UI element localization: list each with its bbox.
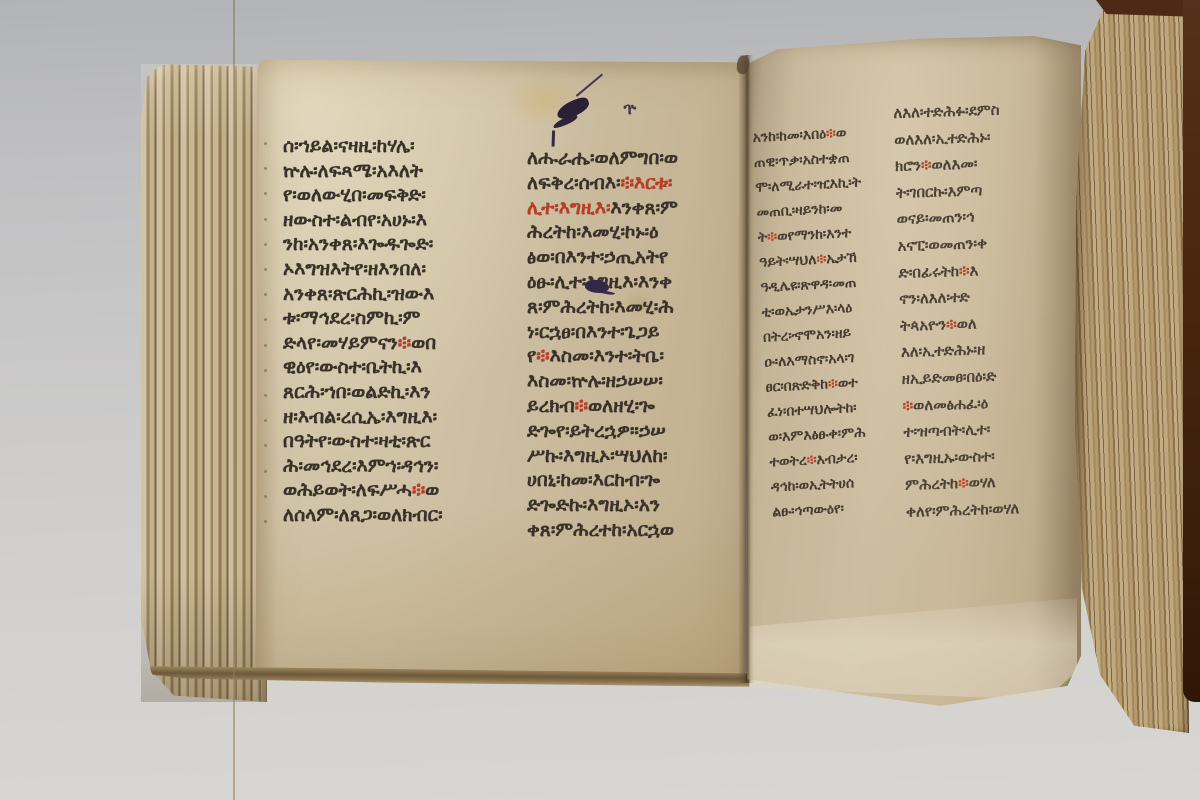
ink-text: ድጐድኩ፡እግዚኦ፡አን <box>527 494 660 516</box>
ink-text: ዳኅከ፡ወኢትትሀሰ <box>771 475 855 495</box>
rubric-red-text: ፨ <box>398 332 411 354</box>
ink-text: ፅወ፡በእንተ፡ኃጢአትየ <box>527 246 668 268</box>
text-line: አንቀጸ፡ጽርሕኪ፡ዝውእ <box>283 282 501 307</box>
prick-hole <box>264 142 267 145</box>
ink-text: ወለመፅሐፈ፡ዕ <box>913 394 989 414</box>
ink-text: የ፡ወለውሂበ፡መፍቅድ፡ <box>283 184 426 206</box>
ink-text: ድላየ፡መሃይምናን <box>283 332 398 354</box>
leather-cover-right <box>1183 0 1200 702</box>
ink-text: ሕረትከ፡እመሂ፡ኮኑ፡ዕ <box>527 221 659 243</box>
ink-text: ለሰላም፡ለጸጋ፡ወለክብር፡ <box>283 504 443 526</box>
ink-text: ለሑራሔ፡ወለምግበ፡ወ <box>527 147 678 169</box>
rubric-red-text: ሊተ፡እግዚእ፡ <box>527 197 611 219</box>
fore-edge-page-block <box>1075 7 1189 733</box>
rubric-red-text: ፨ <box>412 479 425 501</box>
ink-text: ቀጸ፡ምሕረተከ፡አርኋወ <box>527 519 674 541</box>
ink-text: ሰ፡ኀይል፡ናዛዚ፡ከሃሌ፡ <box>283 135 415 157</box>
ink-text: ጠዊ፡ጥቃ፡አስተቋጠ <box>754 150 850 171</box>
text-line: ሥኩ፡እግዚኦ፡ሣህለከ፡ <box>527 444 745 469</box>
ink-text: ለእለ፡ተድሕፉ፡ደምስ <box>893 101 1000 122</box>
text-line: ዘ፡እብል፡ረሲኤ፡እግዚእ፡ <box>283 405 501 430</box>
rubric-red-text: ፨ <box>536 345 549 367</box>
ink-text: ድጐየ፡ይትረኋዎ።ኃሠ <box>527 420 666 442</box>
text-line: በዓትየ፡ውስተ፡ዛቲ፡ጽር <box>283 429 501 454</box>
ink-text: ወለ <box>956 314 977 333</box>
prick-hole <box>264 218 267 221</box>
prick-hole <box>264 243 267 246</box>
prick-hole <box>264 520 267 523</box>
ink-text: ዘኢይድመፀ፡በዕ፡ድ <box>901 367 996 388</box>
ink-text: ወየማንከ፡እንተ <box>777 225 852 245</box>
ink-text: ሀበኒ፡ከመ፡እርከብ፡ጐ <box>527 469 660 491</box>
ink-text: ነ፡ርኋፀ፡በእንተ፡ጌጋይ <box>527 321 659 343</box>
rubric-red-text: ፨ <box>959 261 970 279</box>
ink-text: ትጳአዮን <box>900 315 947 334</box>
ink-text: ወበ <box>411 332 436 354</box>
text-line: ሰ፡ኀይል፡ናዛዚ፡ከሃሌ፡ <box>283 134 501 159</box>
ink-text: ወ፡እምእፅፁቀ፡ምሕ <box>768 424 866 445</box>
text-line: ጸርሕ፡ኀበ፡ወልድኪ፡እን <box>283 380 501 405</box>
ink-text: እ <box>969 261 978 279</box>
left-page-column-2: ለሑራሔ፡ወለምግበ፡ወለፍቅረ፡ሰብእ፡፨እርቱ፡ሊተ፡እግዚእ፡እንቀጸ፡ም… <box>527 146 745 543</box>
ink-text: ኵሉ፡ለፍጻሜ፡አእለት <box>283 160 423 182</box>
ink-text: ቲ፡ወኤታንሥእ፡ላዕ <box>761 300 852 321</box>
prick-hole <box>264 444 267 447</box>
ink-text: ተወትረ <box>769 453 807 471</box>
right-page-column-2: ለእለ፡ተድሕፉ፡ደምስወለእለ፡ኢተድሕኑ፡ክሮን፨ወለእመ፡ት፡ገበርኩ፡እ… <box>893 95 1060 525</box>
text-line: ድላየ፡መሃይምናን፨ወበ <box>283 331 501 356</box>
prick-hole <box>264 318 267 321</box>
text-line: ለሰላም፡ለጸጋ፡ወለክብር፡ <box>283 503 501 528</box>
ink-text: ምሕረትከ <box>905 474 959 494</box>
prick-hole <box>264 192 267 195</box>
ink-text: ዊዕየ፡ውስተ፡ቤትኪ፡እ <box>283 356 422 378</box>
ink-text: ሞ፡ለሚራተ፡ዢእኪ፡ት <box>755 174 862 196</box>
prick-hole <box>264 167 267 170</box>
ink-text: ኤታኸ <box>826 250 857 268</box>
ink-text: ወለእለ፡ኢተድሕኑ፡ <box>894 128 991 149</box>
text-line: ኦእግዝእትየ፡ዘእንበለ፡ <box>283 257 501 282</box>
ink-text: አናፒ፡ወመጠን፡ቀ <box>897 234 987 255</box>
ink-text: ሥኩ፡እግዚኦ፡ሣህለከ፡ <box>527 445 667 467</box>
manuscript-photo: ጕ ሰ፡ኀይል፡ናዛዚ፡ከሃሌ፡ኵሉ፡ለፍጻሜ፡አእለትየ፡ወለውሂበ፡መፍቅድ… <box>0 0 1200 800</box>
ink-text: የ <box>527 345 536 367</box>
prick-hole <box>264 470 267 473</box>
prick-hole <box>264 369 267 372</box>
prick-hole <box>264 495 267 498</box>
ink-text: ክሮን <box>895 156 921 175</box>
ink-text: ፀር፡በጽድቅከ <box>765 376 828 395</box>
ink-text: ጸ፡ምሕረትከ፡እመሂ፡ሕ <box>527 296 674 318</box>
text-line: የ፡ወለውሂበ፡መፍቅድ፡ <box>283 183 501 208</box>
ink-text: ወናይ፡መጠን፡ኅ <box>896 208 974 228</box>
text-line: ቱ፡ማኅደረ፡ስምኪ፡ም <box>283 306 501 331</box>
text-line: ዕፁ፡ሊተ፡እግዚእ፡እንቀ <box>527 270 745 295</box>
prick-hole <box>264 419 267 422</box>
prick-hole <box>264 293 267 296</box>
ink-text: ት፡ገበርኩ፡እምጣ <box>896 181 983 202</box>
text-line: ለፍቅረ፡ሰብእ፡፨እርቱ፡ <box>527 171 745 196</box>
text-line: እስመ፡ኵሉ፡ዘኃሠሠ፡ <box>527 369 745 394</box>
ink-text: ወተ <box>837 375 858 392</box>
ink-text: አንቀጸ፡ጽርሕኪ፡ዝውእ <box>283 283 434 305</box>
rubric-red-text: ፨ <box>946 315 957 333</box>
text-line: ሕረትከ፡እመሂ፡ኮኑ፡ዕ <box>527 220 745 245</box>
ink-text: እብታረ፡ <box>816 450 858 468</box>
text-line: ነ፡ርኋፀ፡በእንተ፡ጌጋይ <box>527 320 745 345</box>
ink-text: ይረክብ <box>527 395 575 417</box>
ink-text: እለ፡ኢተድሕኑ፡ዘ <box>901 341 986 362</box>
ink-text: ዘ፡እብል፡ረሲኤ፡እግዚእ፡ <box>283 406 437 428</box>
text-line: ንከ፡አንቀጸ፡እጐዱጐድ፡ <box>283 232 501 257</box>
ink-text: ወ <box>425 479 439 501</box>
prick-hole <box>264 344 267 347</box>
ink-text: በትረ፡ኆሞአን፡ዘይ <box>763 325 852 346</box>
ink-text: ለፍቅረ፡ሰብእ፡ <box>527 172 621 194</box>
ink-text: ድ፡በፊሩትከ <box>898 262 959 282</box>
ink-text: አንከ፡ከመ፡እበዕ <box>752 126 826 146</box>
ink-text: እስመ፡እንተ፡ትቤ፡ <box>550 345 664 367</box>
ink-text: ልፁ፡ኅጣውዕየ፡ <box>772 501 845 521</box>
text-line: ቀለየ፡ምሕረትከ፡ወሃለ <box>906 494 1061 525</box>
ink-text: ዓይት፡ሣህለ <box>759 252 817 271</box>
text-line: ኵሉ፡ለፍጻሜ፡አእለት <box>283 159 501 184</box>
ink-text: ወሕይወት፡ለፍሥሓ <box>283 479 412 501</box>
ink-text: እንቀጸ፡ም <box>611 197 678 219</box>
rubric-red-text: ፨እርቱ፡ <box>621 172 673 194</box>
prick-hole <box>264 268 267 271</box>
text-line: ዊዕየ፡ውስተ፡ቤትኪ፡እ <box>283 355 501 380</box>
ink-text: ወለዘሂ፡ጐ <box>588 395 655 417</box>
ink-text: ቱ፡ማኅደረ፡ስምኪ፡ም <box>283 307 420 329</box>
text-line: ሊተ፡እግዚእ፡እንቀጸ፡ም <box>527 196 745 221</box>
ink-text: ኦእግዝእትየ፡ዘእንበለ፡ <box>283 258 426 280</box>
ink-text: ተ፡ዝጣብት፡ሊተ፡ <box>903 420 990 441</box>
ink-text: ዓዲሌዩ፡ጽዋዳ፡መጠ <box>760 275 857 296</box>
ink-text: ኖን፡ለእለ፡ተድ <box>899 288 970 308</box>
hanging-thread <box>233 0 235 800</box>
text-line: ድጐድኩ፡እግዚኦ፡አን <box>527 493 745 518</box>
ink-text: ወለእመ፡ <box>931 155 977 174</box>
text-line: ቀጸ፡ምሕረተከ፡አርኋወ <box>527 518 745 543</box>
text-line: ይረክብ፨ወለዘሂ፡ጐ <box>527 394 745 419</box>
ink-text: ፈነ፡በተሣህሎትከ፡ <box>767 400 857 421</box>
text-line: ድጐየ፡ይትረኋዎ።ኃሠ <box>527 419 745 444</box>
prick-hole <box>264 394 267 397</box>
text-line: ወሕይወት፡ለፍሥሓ፨ወ <box>283 478 501 503</box>
rubric-red-text: ፨ <box>902 396 913 414</box>
prick-marks <box>264 142 268 542</box>
ink-text: እስመ፡ኵሉ፡ዘኃሠሠ፡ <box>527 370 663 392</box>
page-stack-left-edge <box>141 64 267 702</box>
ink-text: ቀለየ፡ምሕረትከ፡ወሃለ <box>906 499 1020 521</box>
text-line: ሀበኒ፡ከመ፡እርከብ፡ጐ <box>527 468 745 493</box>
ink-text: መጠቢ፡ዛይንከ፡መ <box>756 200 843 220</box>
text-line: ጸ፡ምሕረትከ፡እመሂ፡ሕ <box>527 295 745 320</box>
rubric-red-text: ፨ <box>958 474 969 492</box>
text-line: ለሑራሔ፡ወለምግበ፡ወ <box>527 146 745 171</box>
ink-text: ወ <box>835 125 846 142</box>
text-line: ፅወ፡በእንተ፡ኃጢአትየ <box>527 245 745 270</box>
ink-text: በዓትየ፡ውስተ፡ዛቲ፡ጽር <box>283 430 430 452</box>
text-line: የ፨እስመ፡እንተ፡ትቤ፡ <box>527 344 745 369</box>
ink-text: የ፡እግዚኡ፡ውስተ፡ <box>904 447 995 468</box>
text-line: ዘውስተ፡ልብየ፡አሀኑ፡እ <box>283 208 501 233</box>
ink-text: ንከ፡አንቀጸ፡እጐዱጐድ፡ <box>283 233 433 255</box>
rubric-red-text: ፨ <box>575 395 588 417</box>
left-page-column-1: ሰ፡ኀይል፡ናዛዚ፡ከሃሌ፡ኵሉ፡ለፍጻሜ፡አእለትየ፡ወለውሂበ፡መፍቅድ፡ዘ… <box>283 134 501 528</box>
ink-text: ወሃለ <box>968 473 996 492</box>
ink-text: ዑ፡ለእማስኖ፡አላ፡ገ <box>764 350 855 371</box>
ink-text: ጸርሕ፡ኀበ፡ወልድኪ፡እን <box>283 381 430 403</box>
ink-text: ሕ፡መኅደረ፡እምኀ፡ዳኅን፡ <box>283 455 438 477</box>
right-page-column-1: አንከ፡ከመ፡እበዕ፨ወጠዊ፡ጥቃ፡አስተቋጠሞ፡ለሚራተ፡ዢእኪ፡ትመጠቢ፡ዛ… <box>752 119 907 525</box>
text-line: ሕ፡መኅደረ፡እምኀ፡ዳኅን፡ <box>283 454 501 479</box>
ink-text: ዘውስተ፡ልብየ፡አሀኑ፡እ <box>283 209 427 231</box>
